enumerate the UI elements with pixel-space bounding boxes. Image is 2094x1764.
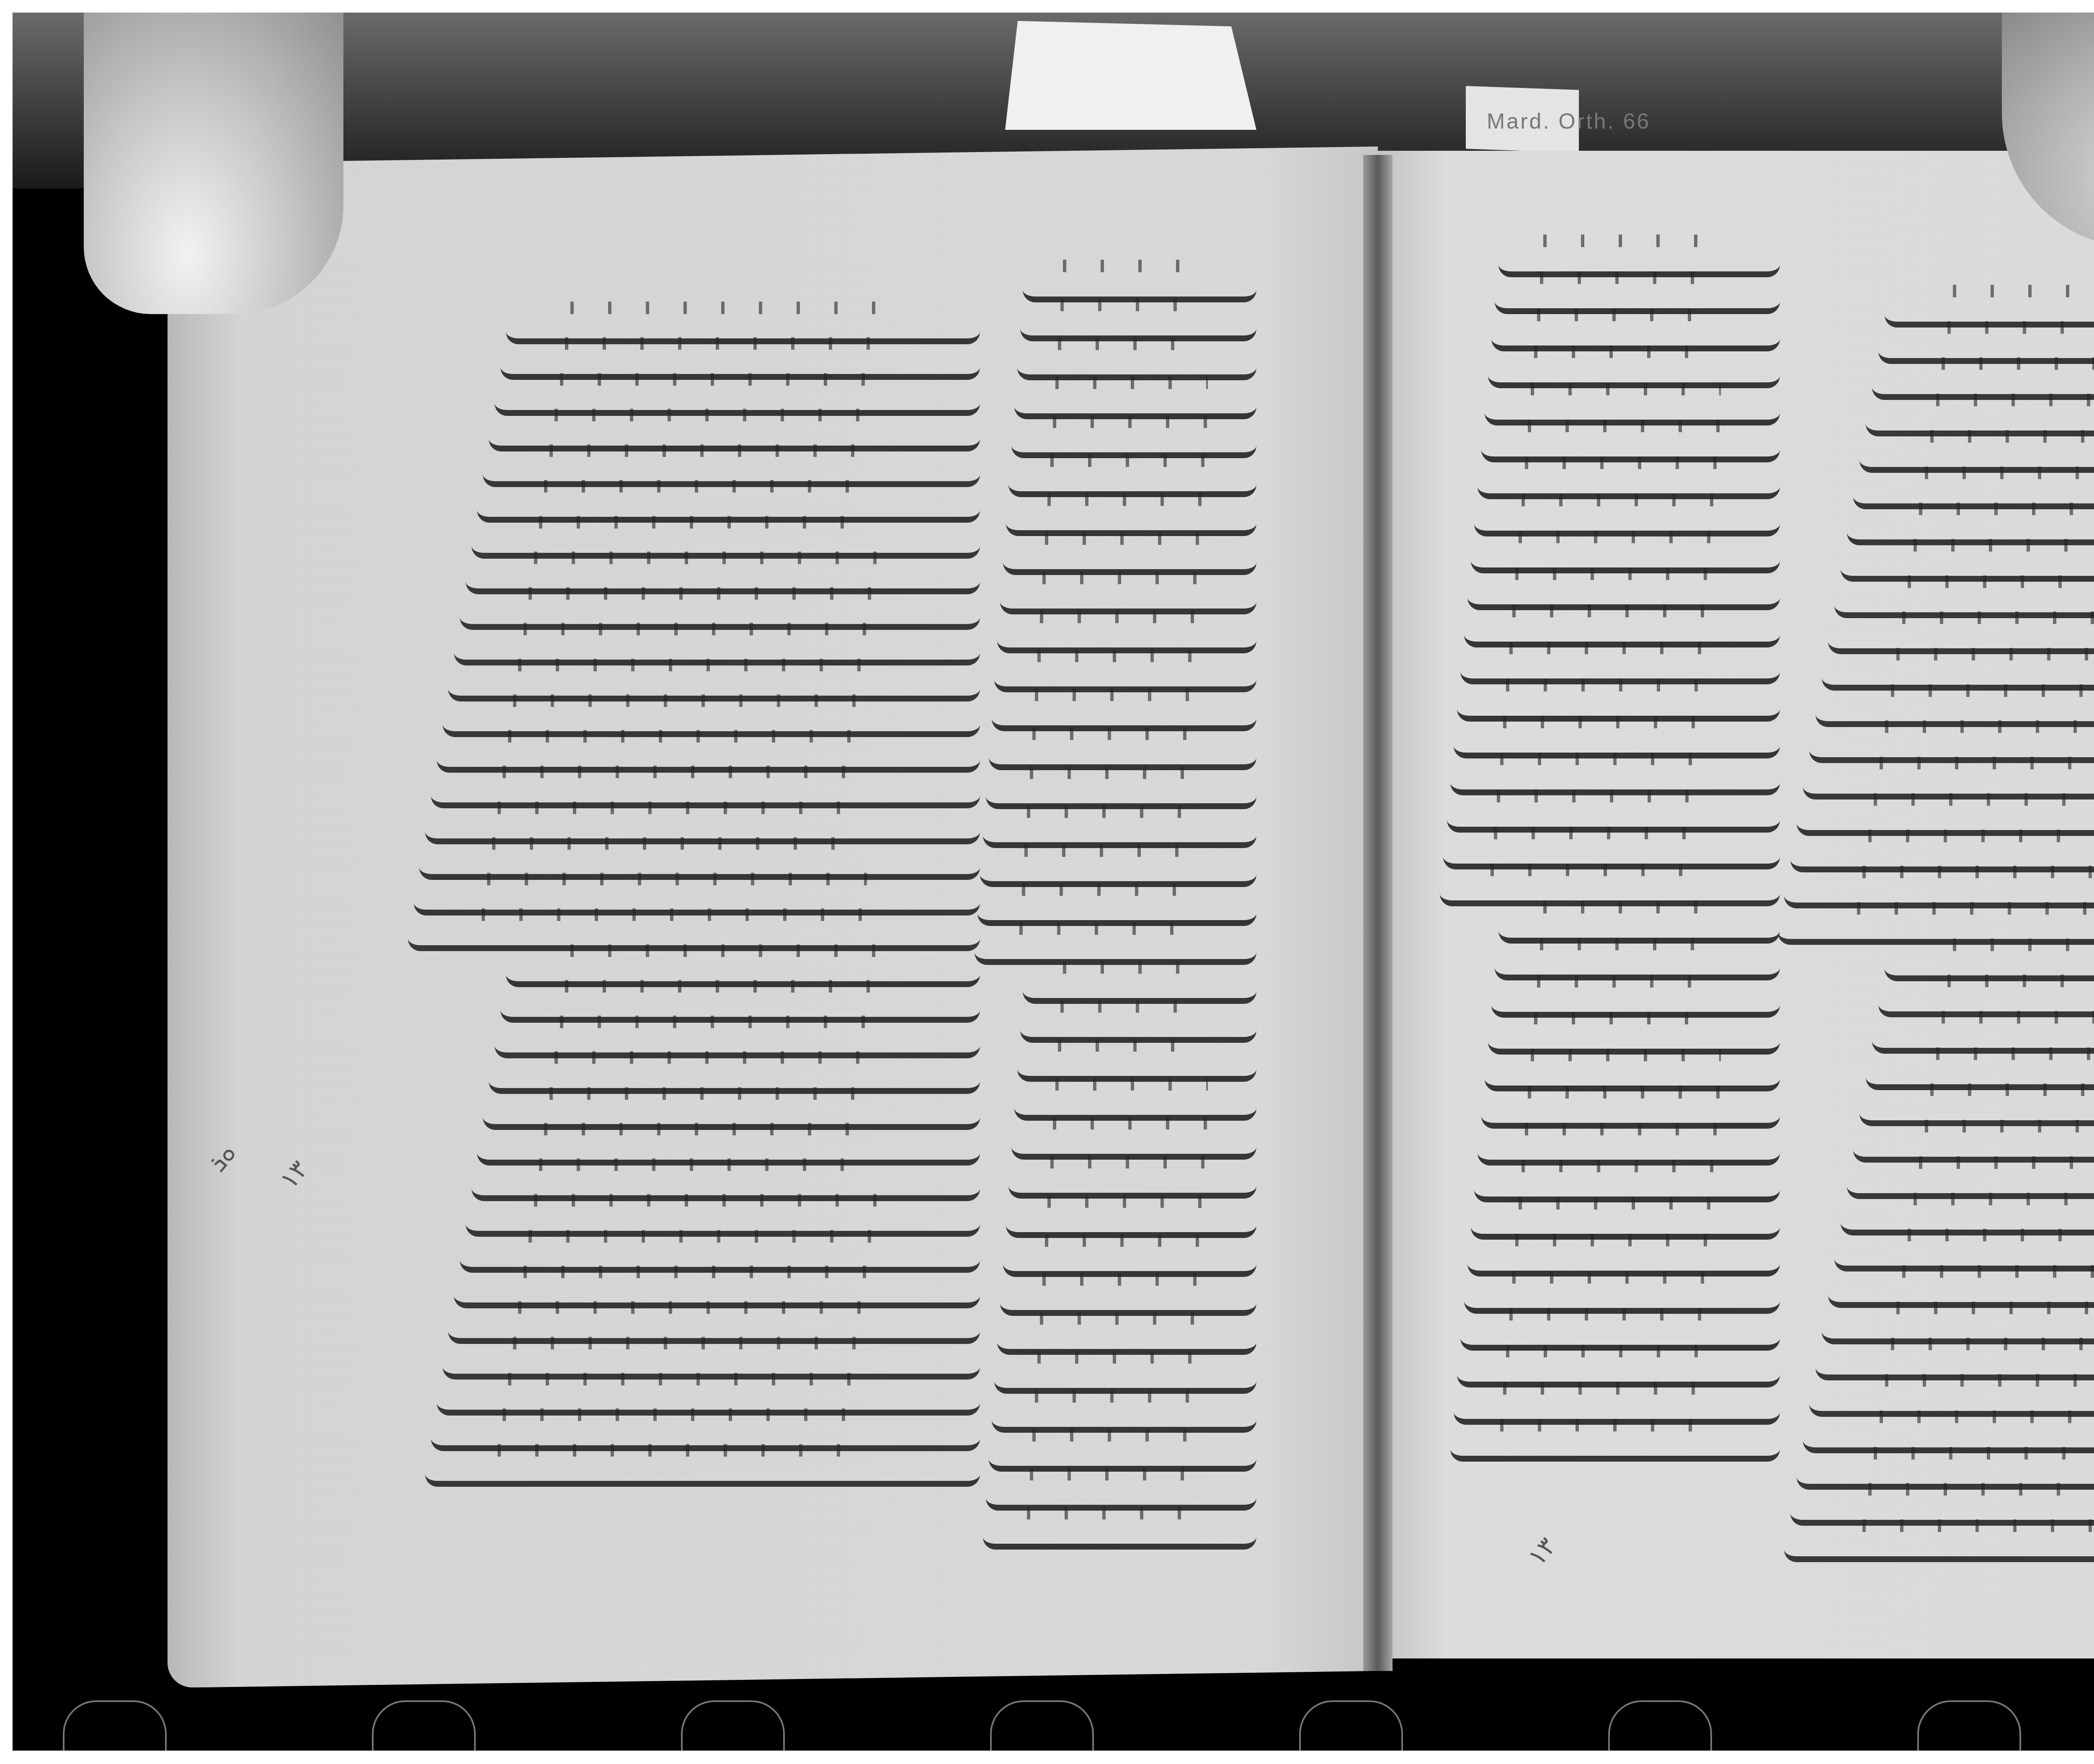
script-line	[1020, 1013, 1256, 1043]
sprocket-hole	[1299, 1700, 1403, 1751]
script-line	[1014, 389, 1256, 419]
catalog-slip-text: Mard. Orth. 66	[1487, 109, 1650, 134]
script-line	[989, 1442, 1256, 1472]
sprocket-hole	[990, 1700, 1094, 1751]
sprocket-hole	[1608, 1700, 1712, 1751]
film-sprocket-holes	[13, 1700, 2094, 1751]
script-line	[1006, 506, 1256, 536]
sprocket-hole	[1917, 1700, 2021, 1751]
script-line	[994, 662, 1256, 692]
script-line	[983, 818, 1256, 848]
script-line	[1011, 428, 1256, 458]
sprocket-hole	[681, 1700, 785, 1751]
script-line	[425, 1457, 980, 1487]
script-line	[1017, 350, 1256, 380]
script-line	[989, 740, 1256, 770]
left-page-column-a	[402, 314, 980, 1487]
script-line	[997, 623, 1256, 653]
script-line	[980, 857, 1256, 887]
paper-tab	[1005, 21, 1256, 130]
script-line	[1006, 1208, 1256, 1238]
script-line	[992, 701, 1256, 731]
script-line	[977, 896, 1256, 926]
script-line	[1450, 1431, 1780, 1462]
sprocket-hole	[372, 1700, 476, 1751]
script-line	[1784, 1532, 2094, 1562]
script-line	[1023, 974, 1256, 1004]
script-line	[986, 1480, 1256, 1511]
left-page-column-b	[972, 272, 1256, 1550]
script-line	[1000, 584, 1256, 614]
right-page-column-b	[1772, 297, 2094, 1562]
script-line	[994, 1364, 1256, 1394]
sprocket-hole	[63, 1700, 167, 1751]
script-line	[1017, 1052, 1256, 1082]
script-line	[986, 779, 1256, 809]
script-line	[997, 1325, 1256, 1355]
film-frame: Mard. Orth. 66 ܘܪ ١٣ ١٣	[13, 13, 2094, 1751]
script-line	[1000, 1286, 1256, 1316]
script-line	[1014, 1091, 1256, 1121]
script-line	[992, 1403, 1256, 1433]
script-line	[1008, 467, 1256, 497]
script-line	[1003, 1247, 1256, 1277]
script-line	[1011, 1130, 1256, 1160]
script-line	[975, 935, 1256, 965]
right-page-column-a	[1436, 247, 1780, 1462]
script-line	[1008, 1168, 1256, 1199]
book-gutter	[1363, 155, 1393, 1671]
script-line	[1023, 272, 1256, 302]
script-line	[1020, 311, 1256, 341]
script-line	[1003, 545, 1256, 575]
left-hand	[84, 13, 343, 314]
script-line	[983, 1519, 1256, 1550]
